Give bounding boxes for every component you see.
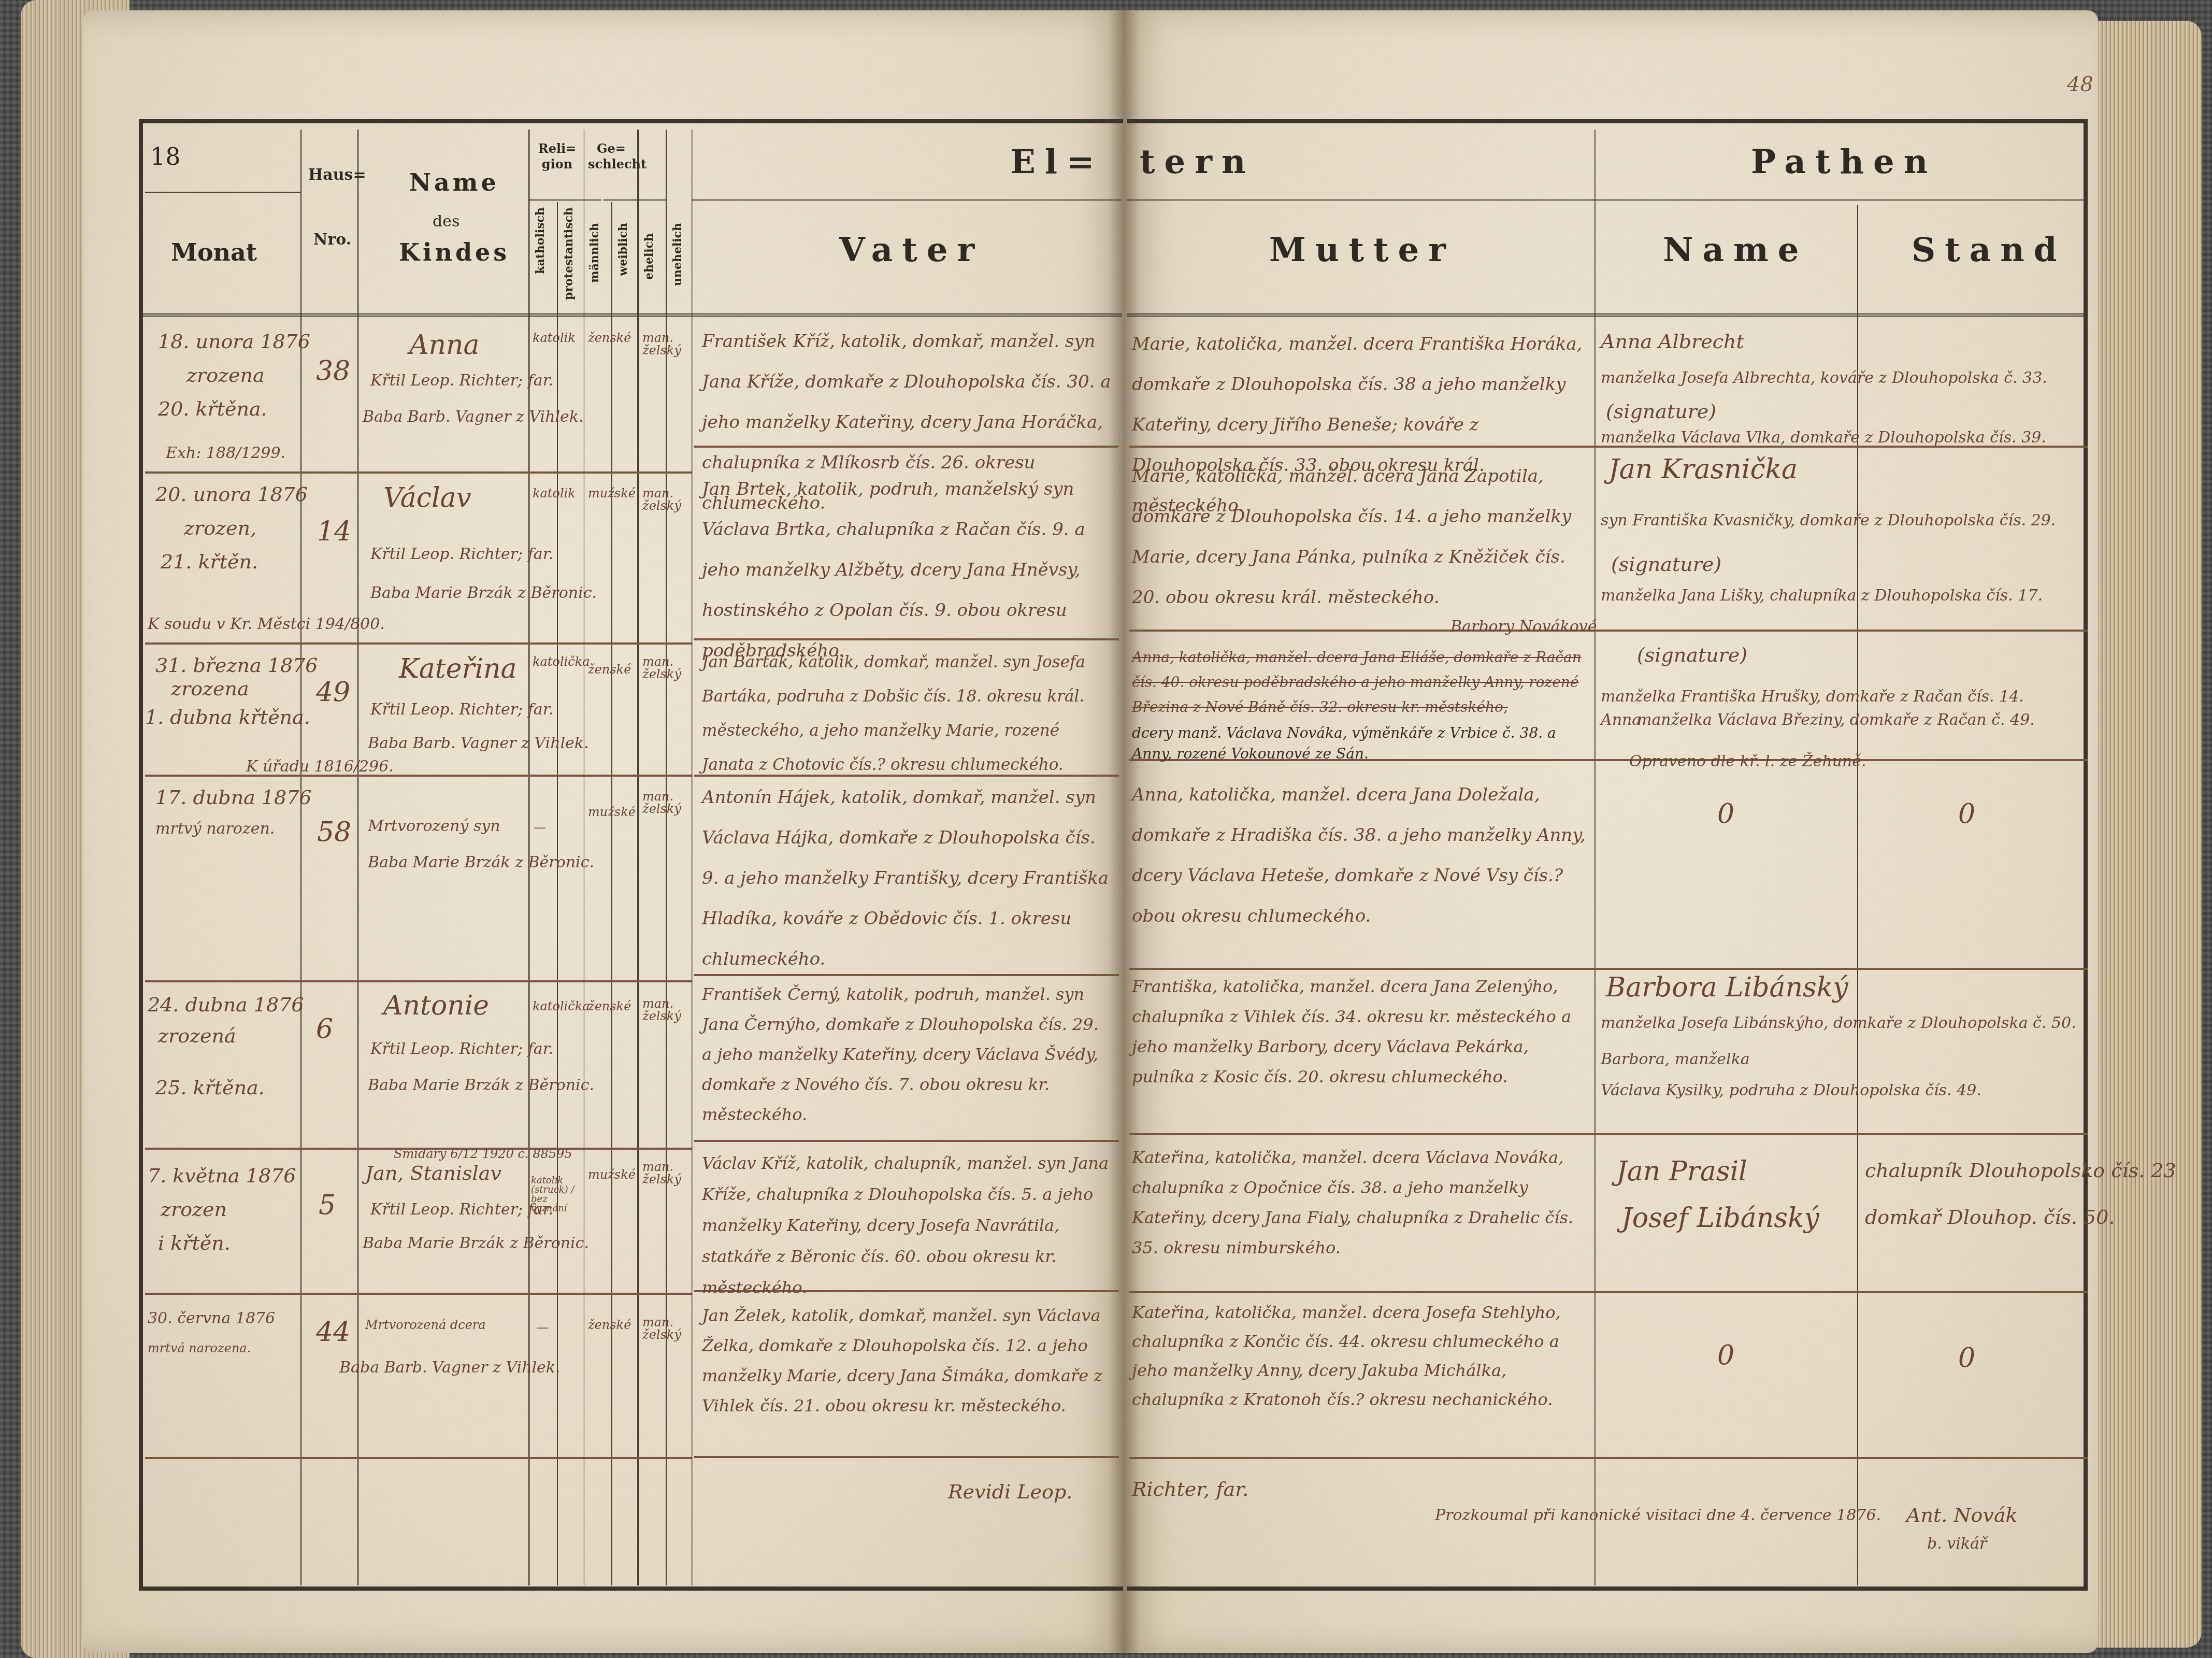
entry-child-note: Křtil Leop. Richter; far.: [370, 1041, 553, 1057]
entry-religion: katolička: [533, 655, 590, 668]
godparent-name: Jan Prasil: [1616, 1158, 1747, 1185]
godparent-stand: Václava Kysilky, podruha z Dlouhopolska …: [1601, 1083, 1981, 1098]
entry-mother: Františka, katolička, manžel. dcera Jana…: [1132, 971, 1588, 1092]
godparent-stand: manželka Jana Lišky, chalupníka z Dlouho…: [1601, 588, 2043, 604]
entry-child-name: Jan, Stanislav: [365, 1163, 501, 1183]
entry-mother: Marie, katolička, manžel. dcera Jana Zap…: [1132, 456, 1588, 618]
entry-date-line: 24. dubna 1876: [148, 995, 304, 1014]
entry-date-line: zrozená: [158, 1026, 236, 1046]
header-weiblich: weiblich: [616, 223, 630, 276]
col-divider-sex: [637, 130, 639, 1585]
col-divider-legit: [692, 130, 693, 1585]
row-rule-2-right: [1129, 630, 2088, 632]
header-haus-top: Haus=: [308, 166, 366, 184]
entry-house-no: 49: [316, 679, 350, 706]
revidit-signature: Revidi Leop.: [948, 1482, 1072, 1502]
entry-date-line: zrozen: [161, 1199, 227, 1219]
godparent-stand: syn Františka Kvasničky, domkaře z Dlouh…: [1601, 513, 2056, 528]
header-eltern-left: El=: [1010, 142, 1104, 181]
godparent-name: Jan Krasnička: [1608, 456, 1798, 483]
entry-mother: Kateřina, katolička, manžel. dcera Josef…: [1132, 1298, 1588, 1414]
entry-house-no: 6: [316, 1016, 333, 1042]
entry-date-line: i křtěn.: [158, 1233, 231, 1253]
row-rule-4-right: [1129, 968, 2088, 970]
row-rule-2: [145, 642, 692, 645]
header-eltern-rule-right: [1127, 199, 2085, 201]
entry-child-note: Baba Barb. Vagner z Vihlek.: [363, 409, 584, 425]
entry-father: Jan Brtek, katolik, podruh, manželský sy…: [702, 469, 1111, 671]
entry-legitimacy: man. želský: [642, 332, 673, 356]
header-religion: Reli= gion: [533, 141, 582, 172]
header-haus-bottom: Nro.: [313, 231, 351, 249]
entry-mother-addendum: dcery manž. Václava Nováka, výměnkáře z …: [1132, 723, 1588, 764]
visitor-signature: Ant. Novák: [1906, 1505, 2018, 1525]
entry-mother-correction: Barbory Novákové: [1450, 619, 1597, 635]
header-pathen: Pathen: [1751, 142, 1937, 181]
row-rule-7-vater: [694, 1456, 1119, 1458]
header-ehelich: ehelich: [642, 233, 656, 280]
entry-child-note: Křtil Leop. Richter; far.: [370, 1202, 553, 1218]
entry-date-line: mrtvá narozena.: [148, 1342, 251, 1354]
entry-sex: ženské: [588, 663, 631, 676]
row-rule-7-right: [1129, 1457, 2088, 1459]
header-geschlecht: Ge= schlecht: [588, 141, 635, 172]
godparent-name: Anna Albrecht: [1601, 332, 1744, 351]
entry-child-note: Baba Marie Brzák z Běronic.: [370, 585, 597, 601]
entry-sex: mužské: [588, 806, 636, 818]
godparent-name: 0: [1717, 801, 1734, 827]
col-divider-mutter: [1595, 130, 1596, 1585]
page-number: 48: [2067, 73, 2093, 96]
entry-child-name: Kateřina: [399, 655, 517, 682]
header-eltern-rule-left: [692, 199, 1122, 201]
entry-house-no: 44: [316, 1319, 350, 1346]
entry-date-line: 31. března 1876: [155, 655, 318, 675]
entry-child-note: Baba Barb. Vagner z Vihlek.: [368, 736, 589, 751]
entry-date-line: 1. dubna křtěna.: [145, 707, 310, 727]
entry-date-line: 30. června 1876: [148, 1311, 275, 1326]
entry-child-name-annotation: Smidary 6/12 1920 č. 88595: [394, 1148, 572, 1160]
entry-house-no: 58: [317, 819, 351, 846]
godparent-stand: manželka Václava Vlka, domkaře z Dlouhop…: [1601, 430, 2046, 446]
row-rule-5-vater: [694, 1140, 1119, 1142]
row-rule-6: [145, 1293, 692, 1295]
entry-child-name: Mrtvorozená dcera: [365, 1319, 486, 1331]
book-page-edges-right: [2088, 21, 2202, 1648]
entry-mother: Kateřina, katolička, manžel. dcera Václa…: [1132, 1142, 1588, 1263]
visitation-note: Prozkoumal při kanonické visitaci dne 4.…: [1435, 1508, 1881, 1523]
entry-father: Jan Želek, katolik, domkař, manžel. syn …: [702, 1300, 1111, 1421]
godparent-name: (signature): [1606, 402, 1716, 421]
entry-date-line: 20. křtěna.: [158, 399, 267, 419]
header-year-prefix: 18: [150, 142, 181, 170]
entry-father: František Černý, katolik, podruh, manžel…: [702, 979, 1111, 1130]
header-name: Name: [409, 168, 499, 196]
godparent-name: Anna: [1601, 712, 1641, 728]
entry-date-line: 21. křtěn.: [161, 552, 258, 571]
entry-legitimacy: man. želský: [642, 487, 673, 512]
row-rule-7: [145, 1457, 692, 1459]
entry-legitimacy: man. želský: [642, 1316, 673, 1341]
godparent-stand: 0: [1958, 801, 1975, 827]
header-bottom-rule-right: [1127, 313, 2085, 317]
godparent-name: Josef Libánský: [1621, 1205, 1819, 1232]
pastor-signature: Richter, far.: [1132, 1479, 1248, 1499]
entry-child-name: Václav: [383, 484, 471, 511]
header-geschlecht-rule: [604, 199, 666, 201]
entry-sex: ženské: [588, 1000, 631, 1012]
entry-religion: katolička: [533, 1000, 590, 1012]
header-mutter: Mutter: [1269, 231, 1455, 269]
col-divider-sex-sub: [611, 202, 612, 1585]
godparent-name: 0: [1717, 1342, 1734, 1369]
godparent-name: (signature): [1637, 645, 1747, 665]
entry-house-no: 38: [316, 358, 350, 384]
header-eltern-right: tern: [1140, 142, 1255, 181]
entry-child-note: Křtil Leop. Richter; far.: [370, 373, 553, 389]
entry-legitimacy: man. želský: [642, 1161, 673, 1185]
godparent-stand: 0: [1958, 1345, 1975, 1371]
godparent-stand: manželka Josefa Albrechta, kováře z Dlou…: [1601, 370, 2047, 386]
entry-sex: mužské: [588, 1168, 636, 1181]
godparent-name: Barbora Libánský: [1606, 974, 1848, 1001]
row-rule-3: [145, 775, 692, 777]
header-vater: Vater: [839, 231, 984, 269]
entry-sex: mužské: [588, 487, 636, 499]
header-year-rule: [145, 192, 300, 193]
entry-child-note: Křtil Leop. Richter; far.: [370, 702, 553, 718]
entry-child-note: Baba Barb. Vagner z Vihlek.: [339, 1360, 561, 1376]
entry-date-line: 25. křtěna.: [155, 1078, 265, 1097]
row-rule-1: [145, 471, 692, 474]
header-unehelich: unehelich: [671, 223, 684, 286]
entry-father: Antonín Hájek, katolik, domkař, manžel. …: [702, 777, 1111, 979]
entry-child-note: Baba Marie Brzák z Běronic.: [363, 1236, 589, 1251]
entry-religion: —: [536, 1321, 549, 1334]
godparent-stand: manželka Josefa Libánskýho, domkaře z Dl…: [1601, 1016, 2076, 1031]
header-monat: Monat: [171, 238, 257, 266]
entry-date-line: zrozena: [171, 679, 249, 698]
entry-sex: ženské: [588, 1319, 631, 1331]
entry-mother-struck: Anna, katolička, manžel. dcera Jana Eliá…: [1132, 645, 1588, 720]
header-protestantisch: protestantisch: [562, 207, 576, 300]
row-rule-5-right: [1129, 1133, 2088, 1135]
entry-margin-note: K soudu v Kr. Městci 194/800.: [148, 617, 385, 632]
godparent-stand: manželka Františka Hrušky, domkaře z Rač…: [1601, 689, 2024, 705]
entry-child-note: Baba Marie Brzák z Běronic.: [368, 1078, 594, 1093]
godparents-note: Opraveno dle kř. l. ze Žehuně.: [1629, 754, 1866, 769]
entry-child-name: Mrtvorozený syn: [368, 819, 500, 834]
entry-date-line: zrozen,: [184, 518, 256, 538]
visitor-title: b. vikář: [1927, 1536, 1987, 1552]
row-rule-4: [145, 980, 692, 982]
entry-father: Václav Kříž, katolik, chalupník, manžel.…: [702, 1148, 1111, 1303]
entry-date-line: mrtvý narozen.: [155, 821, 275, 837]
header-kindes: Kindes: [399, 238, 510, 266]
entry-religion: katolik: [533, 332, 576, 344]
godparent-name: (signature): [1611, 554, 1721, 574]
entry-religion: katolik: [533, 487, 576, 499]
entry-date-line: zrozena: [186, 365, 265, 385]
header-religion-rule: [528, 199, 601, 201]
entry-religion: —: [534, 821, 546, 834]
entry-child-name: Anna: [409, 332, 480, 359]
entry-religion: katolík (struck) / bez vyznání: [531, 1176, 580, 1213]
header-pathen-name: Name: [1663, 231, 1808, 269]
entry-child-name: Antonie: [383, 992, 489, 1019]
header-bottom-rule-left: [143, 313, 1122, 317]
entry-date-line: 17. dubna 1876: [155, 788, 312, 807]
entry-child-note: Baba Marie Brzák z Běronic.: [368, 855, 594, 870]
entry-date-line: 18. unora 1876: [158, 332, 310, 351]
entry-date-line: 20. unora 1876: [155, 484, 308, 504]
header-maennlich: männlich: [588, 223, 601, 283]
col-divider-pathen-name-stand: [1857, 205, 1858, 1585]
entry-legitimacy: man. želský: [642, 997, 673, 1022]
entry-father: Jan Barták, katolik, domkař, manžel. syn…: [702, 645, 1111, 782]
godparent-stand: chalupník Dlouhopolsko čís. 23: [1865, 1161, 2176, 1180]
entry-sex: ženské: [588, 332, 631, 344]
entry-margin-note: Exh: 188/1299.: [166, 446, 285, 461]
entry-mother: Anna, katolička, manžel. dcera Jana Dole…: [1132, 775, 1588, 936]
godparent-stand: domkař Dlouhop. čís. 50.: [1865, 1207, 2115, 1227]
godparent-stand: manželka Václava Březiny, domkaře z Rača…: [1637, 712, 2035, 728]
header-des: des: [433, 212, 459, 231]
entry-legitimacy: man. želský: [642, 655, 673, 680]
entry-legitimacy: man. želský: [642, 790, 673, 815]
entry-date-line: 7. května 1876: [148, 1166, 296, 1185]
header-katholisch: katholisch: [534, 207, 547, 274]
row-rule-6-right: [1129, 1291, 2088, 1293]
entry-margin-note: K úřadu 1816/296.: [246, 759, 394, 775]
header-pathen-stand: Stand: [1912, 231, 2066, 269]
entry-house-no: 5: [319, 1192, 336, 1219]
entry-house-no: 14: [317, 518, 351, 545]
godparent-name: Barbora, manželka: [1601, 1052, 1750, 1067]
entry-child-note: Křtil Leop. Richter; far.: [370, 547, 553, 562]
